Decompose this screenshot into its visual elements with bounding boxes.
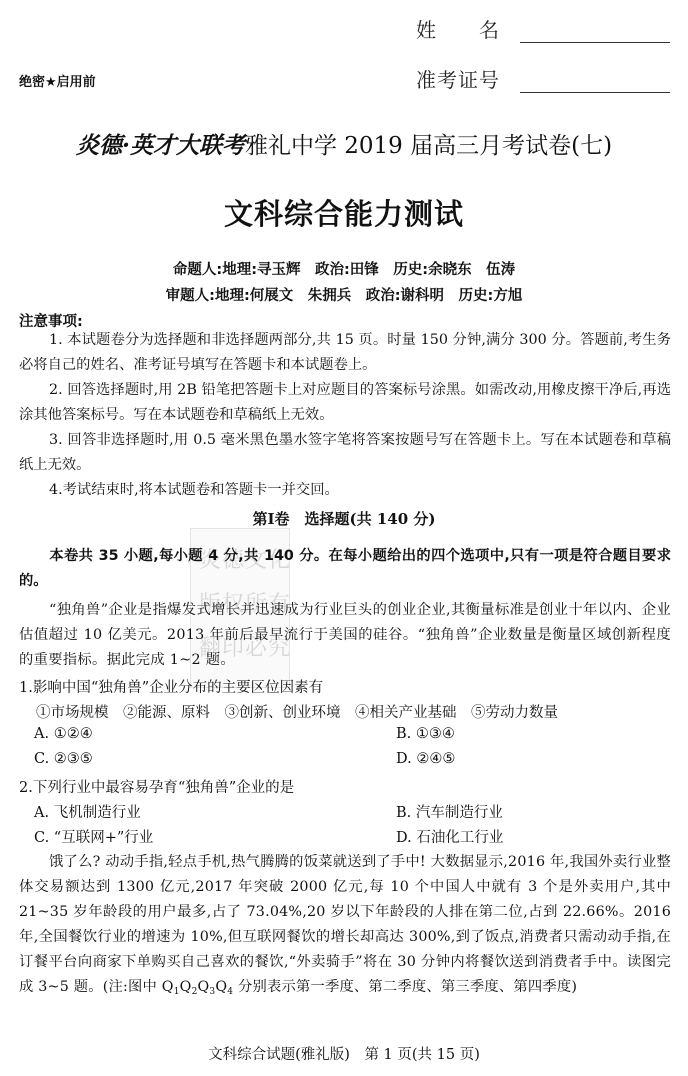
exam-id-blank-line — [520, 71, 670, 93]
section-instructions: 本卷共 35 小题,每小题 4 分,共 140 分。在每小题给出的四个选项中,只… — [19, 544, 671, 594]
authors-line: 命题人:地理:寻玉辉 政治:田锋 历史:余晓东 伍涛 — [0, 258, 688, 279]
brand-name: 炎德·英才大联考 — [76, 132, 245, 159]
notice-item: 4.考试结束时,将本试题卷和答题卡一并交回。 — [19, 478, 671, 503]
question-2-option-d: D. 石油化工行业 — [396, 826, 503, 847]
quarter-labels: Q1Q2Q3Q4 — [162, 979, 233, 995]
question-1-option-b: B. ①③④ — [396, 726, 455, 742]
question-1-option-a: A. ①②④ — [34, 726, 93, 742]
question-1-stem: 1.影响中国“独角兽”企业分布的主要区位因素有 — [19, 676, 323, 697]
exam-title: 炎德·英才大联考雅礼中学 2019 届高三月考试卷(七) — [0, 127, 688, 160]
exam-name: 雅礼中学 2019 届高三月考试卷(七) — [245, 133, 612, 159]
reading-passage-1: “独角兽”企业是指爆发式增长并迅速成为行业巨头的创业企业,其衡量标准是创业十年以… — [19, 598, 671, 673]
notice-item: 3. 回答非选择题时,用 0.5 毫米黑色墨水签字笔将答案按题号写在答题卡上。写… — [19, 428, 671, 478]
section-title: 第Ⅰ卷 选择题(共 140 分) — [0, 508, 688, 529]
question-1-factors: ①市场规模 ②能源、原料 ③创新、创业环境 ④相关产业基础 ⑤劳动力数量 — [36, 701, 558, 722]
page-footer: 文科综合试题(雅礼版) 第 1 页(共 15 页) — [0, 1043, 688, 1064]
exam-id-label: 准考证号 — [416, 64, 516, 93]
exam-id-field: 准考证号 — [416, 64, 670, 93]
name-field: 姓 名 — [416, 14, 670, 43]
question-2-option-c: C. “互联网+”行业 — [34, 826, 153, 847]
question-2-stem: 2.下列行业中最容易孕育“独角兽”企业的是 — [19, 776, 294, 797]
notice-item: 2. 回答选择题时,用 2B 铅笔把答题卡上对应题目的答案标号涂黑。如需改动,用… — [19, 378, 671, 428]
subject-title: 文科综合能力测试 — [0, 192, 688, 233]
question-1-option-c: C. ②③⑤ — [34, 751, 93, 767]
reviewers-line: 审题人:地理:何展文 朱拥兵 政治:谢科明 历史:方旭 — [0, 284, 688, 305]
question-2-option-a: A. 飞机制造行业 — [34, 801, 141, 822]
name-blank-line — [520, 21, 670, 43]
question-2-option-b: B. 汽车制造行业 — [396, 801, 503, 822]
confidential-mark: 绝密★启用前 — [19, 71, 96, 90]
notice-item: 1. 本试题卷分为选择题和非选择题两部分,共 15 页。时量 150 分钟,满分… — [19, 328, 671, 378]
name-label: 姓 名 — [416, 14, 516, 43]
reading-passage-2: 饿了么? 动动手指,轻点手机,热气腾腾的饭菜就送到了手中! 大数据显示,2016… — [19, 850, 671, 1005]
question-1-option-d: D. ②④⑤ — [396, 751, 455, 767]
